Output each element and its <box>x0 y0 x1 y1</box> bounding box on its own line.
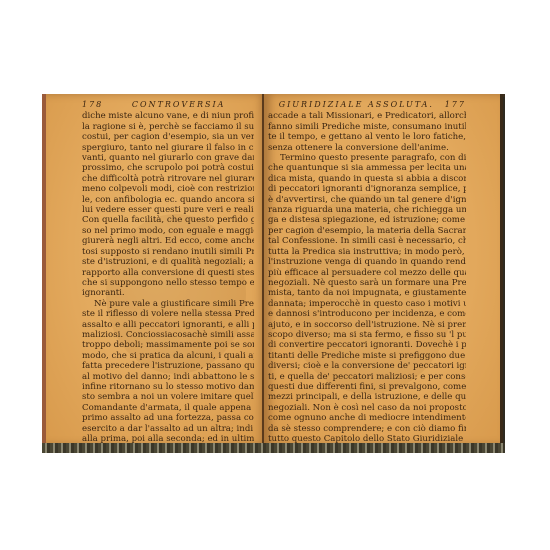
right-page-text: GIURIDIZIALE ASSOLUTA. 177 accade a tali… <box>268 100 466 445</box>
text-line: la ragione si è, perchè se facciamo il s… <box>82 122 254 132</box>
right-page-number: 177 <box>445 100 466 110</box>
right-header-title: GIURIDIZIALE ASSOLUTA. <box>279 100 434 110</box>
text-line: mista, tanto da noi impugnata, e giustam… <box>268 288 466 298</box>
bottom-page-edges <box>42 443 505 453</box>
text-line: fatta precedere l'istruzione, passano qu… <box>82 361 254 371</box>
text-line: maliziosi. Conciossiacosachè simili assa… <box>82 330 254 340</box>
text-line: ga e distesa spiegazione, ed istruzione;… <box>268 215 466 225</box>
text-line: Comandante d'armata, il quale appena dat… <box>82 403 254 413</box>
text-line: negoziali. Non è così nel caso da noi pr… <box>268 403 466 413</box>
text-line: Con quella facilità, che questo perfido … <box>82 215 254 225</box>
text-line: ti, e quella de' peccatori maliziosi; e … <box>268 372 466 382</box>
text-line: scopo diverso; ma si sta fermo, e fisso … <box>268 330 466 340</box>
text-line: prossimo, che scrupolo poi potrà costui … <box>82 163 254 173</box>
text-line: che si suppongono nello stesso tempo e m… <box>82 278 254 288</box>
text-line: modo, che si pratica da alcuni, i quali … <box>82 351 254 361</box>
text-line: ranza riguarda una materia, che richiegg… <box>268 205 466 215</box>
text-line: dica mista, quando in questa si abbia a … <box>268 174 466 184</box>
text-line: te il tempo, e gettano al vento le loro … <box>268 132 466 142</box>
text-line: che quantunque si sia ammessa per lecita… <box>268 163 466 173</box>
open-book: 178 CONTROVERSIA diche miste alcuno vane… <box>42 94 505 453</box>
left-page-number: 178 <box>82 100 103 110</box>
text-line: Termino questo presente paragrafo, con d… <box>268 153 466 163</box>
text-line: è d'avvertirsi, che quando un tal genere… <box>268 195 466 205</box>
text-line: vanti, quanto nel giurarlo con grave dan… <box>82 153 254 163</box>
text-line: giurerà negli altri. Ed ecco, come anche… <box>82 236 254 246</box>
right-page: GIURIDIZIALE ASSOLUTA. 177 accade a tali… <box>264 94 503 445</box>
text-line: rapporto alla conversione di questi stes… <box>82 268 254 278</box>
text-line: tosi supposto si rendano inutili simili … <box>82 247 254 257</box>
text-line: come ognuno anche di mediocre intendimen… <box>268 413 466 423</box>
text-line: ste il riflesso di volere nella stessa P… <box>82 309 254 319</box>
text-line: da sè stesso comprendere; e con ciò diam… <box>268 424 466 434</box>
text-line: ignoranti. <box>82 288 254 298</box>
text-line: infine ritornano su lo stesso motivo dan… <box>82 382 254 392</box>
text-line: l'instruzione venga di quando in quando … <box>268 257 466 267</box>
text-line: dannata; imperocchè in questo caso i mot… <box>268 299 466 309</box>
text-line: le, con anfibologia ec. quando ancora si… <box>82 195 254 205</box>
text-line: costui, per cagion d'esempio, sia un ver… <box>82 132 254 142</box>
text-line: di peccatori ignoranti d'ignoranza sempl… <box>268 184 466 194</box>
left-page: 178 CONTROVERSIA diche miste alcuno vane… <box>42 94 267 445</box>
text-line: titanti delle Prediche miste si prefiggo… <box>268 351 466 361</box>
text-line: tutta la Predica sia instruttiva; in mod… <box>268 247 466 257</box>
left-body-lines: diche miste alcuno vane, e di niun profi… <box>82 111 254 445</box>
text-line: di convertire peccatori ignoranti. Dovec… <box>268 340 466 350</box>
text-line: e dannosi s'introducono per incidenza, e… <box>268 309 466 319</box>
text-line: Nè pure vale a giustificare simili Predi… <box>82 299 254 309</box>
text-line: diversi; cioè e la conversione de' pecca… <box>268 361 466 371</box>
text-line: senza ottenere la conversione dell'anime… <box>268 143 466 153</box>
text-line: tal Confessione. In simili casi è necess… <box>268 236 466 246</box>
text-line: questi due differenti fini, si prevalgon… <box>268 382 466 392</box>
text-line: accade a tali Missionari, e Predicatori,… <box>268 111 466 121</box>
text-line: diche miste alcuno vane, e di niun profi… <box>82 111 254 121</box>
text-line: esercito a dar l'assalto ad un altra; in… <box>82 424 254 434</box>
text-line: sto sembra a noi un volere imitare quell… <box>82 392 254 402</box>
text-line: al motivo del danno; indi abbattono le s… <box>82 372 254 382</box>
right-body-lines: accade a tali Missionari, e Predicatori,… <box>268 111 466 445</box>
text-line: negoziali. Nè questo sarà un formare una… <box>268 278 466 288</box>
left-header-title: CONTROVERSIA <box>132 100 226 110</box>
text-line: primo assalto ad una fortezza, passa con… <box>82 413 254 423</box>
left-page-text: 178 CONTROVERSIA diche miste alcuno vane… <box>82 100 254 445</box>
text-line: meno colpevoli modi, cioè con restrizion… <box>82 184 254 194</box>
text-line: per cagion d'esempio, la materia della S… <box>268 226 466 236</box>
text-line: assalto e alli peccatori ignoranti, e al… <box>82 320 254 330</box>
text-line: che difficoltà potrà ritrovare nel giura… <box>82 174 254 184</box>
left-running-head: 178 CONTROVERSIA <box>82 100 254 110</box>
right-running-head: GIURIDIZIALE ASSOLUTA. 177 <box>268 100 466 110</box>
text-line: ste d'istruzioni, e di qualità negoziali… <box>82 257 254 267</box>
text-line: spergiuro, tanto nel giurare il falso in… <box>82 143 254 153</box>
text-line: più efficace al persuadere col mezzo del… <box>268 268 466 278</box>
text-line: troppo deboli; massimamente poi se sono … <box>82 340 254 350</box>
text-line: lui vedere esser questi pure veri e real… <box>82 205 254 215</box>
text-line: mezzi principali, e della istruzione, e … <box>268 392 466 402</box>
text-line: ajuto, e in soccorso dell'istruzione. Nè… <box>268 320 466 330</box>
text-line: fanno simili Prediche miste, consumano i… <box>268 122 466 132</box>
text-line: so nel primo modo, con eguale e maggior … <box>82 226 254 236</box>
